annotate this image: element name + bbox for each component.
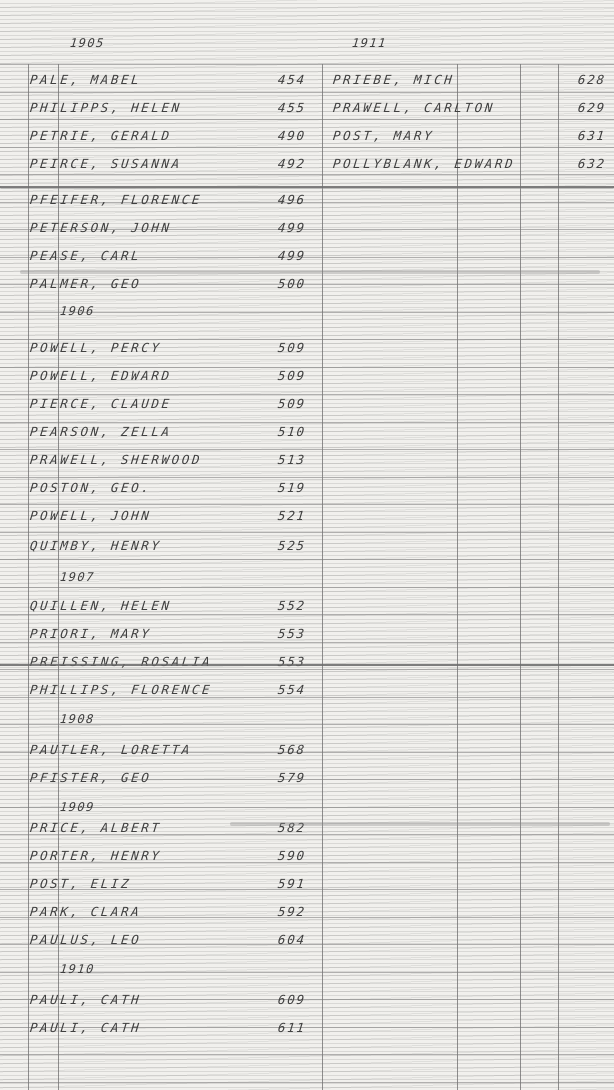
margin-rule bbox=[28, 64, 29, 1090]
entry-number: 553 bbox=[277, 654, 307, 669]
entry-name: PAULI, CATH bbox=[29, 992, 142, 1007]
entry-name: QUILLEN, HELEN bbox=[29, 598, 172, 613]
year-divider: 1907 bbox=[59, 570, 95, 584]
column-rule bbox=[558, 64, 559, 1090]
entry-number: 590 bbox=[277, 848, 307, 863]
entry-name: PRAWELL, CARLTON bbox=[332, 100, 496, 115]
entry-number: 554 bbox=[277, 682, 307, 697]
entry-number: 525 bbox=[277, 538, 307, 553]
entry-name: PRAWELL, SHERWOOD bbox=[29, 452, 203, 467]
ruled-line bbox=[0, 614, 614, 615]
entry-number: 631 bbox=[577, 128, 607, 143]
year-divider: 1908 bbox=[59, 712, 95, 726]
entry-name: PAULI, CATH bbox=[29, 1020, 142, 1035]
entry-number: 632 bbox=[577, 156, 607, 171]
entry-name: PREISSING, ROSALIA bbox=[29, 654, 213, 669]
entry-name: PHILLIPS, FLORENCE bbox=[29, 682, 213, 697]
column-rule bbox=[520, 64, 521, 1090]
entry-number: 499 bbox=[277, 248, 307, 263]
entry-name: PAUTLER, LORETTA bbox=[29, 742, 193, 757]
entry-number: 628 bbox=[577, 72, 607, 87]
entry-number: 521 bbox=[277, 508, 307, 523]
right-header-year: 1911 bbox=[351, 36, 387, 50]
entry-number: 592 bbox=[277, 904, 307, 919]
entry-name: PARK, CLARA bbox=[29, 904, 142, 919]
ruled-line bbox=[0, 1082, 614, 1083]
ruled-line bbox=[0, 504, 614, 505]
ruled-line bbox=[0, 394, 614, 395]
entry-name: PALMER, GEO bbox=[29, 276, 142, 291]
entry-name: PALE, MABEL bbox=[29, 72, 142, 87]
entry-name: POST, MARY bbox=[332, 128, 435, 143]
entry-number: 509 bbox=[277, 340, 307, 355]
ruled-line bbox=[0, 642, 614, 643]
entry-number: 454 bbox=[277, 72, 307, 87]
entry-name: PORTER, HENRY bbox=[29, 848, 162, 863]
entry-name: PEASE, CARL bbox=[29, 248, 142, 263]
entry-name: PAULUS, LEO bbox=[29, 932, 142, 947]
entry-name: PHILIPPS, HELEN bbox=[29, 100, 182, 115]
entry-name: PETRIE, GERALD bbox=[29, 128, 172, 143]
ruled-line bbox=[0, 587, 614, 588]
scan-artifact bbox=[0, 186, 614, 189]
ruled-line bbox=[0, 92, 614, 93]
entry-number: 552 bbox=[277, 598, 307, 613]
column-rule bbox=[322, 64, 323, 1090]
ruled-line bbox=[0, 449, 614, 450]
ruled-line bbox=[0, 119, 614, 120]
entry-number: 629 bbox=[577, 100, 607, 115]
entry-number: 604 bbox=[277, 932, 307, 947]
entry-number: 496 bbox=[277, 192, 307, 207]
entry-name: PFEIFER, FLORENCE bbox=[29, 192, 203, 207]
entry-name: PRIORI, MARY bbox=[29, 626, 152, 641]
column-rule bbox=[457, 64, 458, 1090]
entry-number: 499 bbox=[277, 220, 307, 235]
entry-name: PFISTER, GEO bbox=[29, 770, 152, 785]
scan-artifact bbox=[20, 270, 600, 274]
entry-number: 591 bbox=[277, 876, 307, 891]
ruled-line bbox=[0, 697, 614, 698]
entry-number: 492 bbox=[277, 156, 307, 171]
ruled-line bbox=[0, 174, 614, 175]
entry-name: POSTON, GEO. bbox=[29, 480, 152, 495]
entry-number: 509 bbox=[277, 368, 307, 383]
year-divider: 1909 bbox=[59, 800, 95, 814]
entry-number: 553 bbox=[277, 626, 307, 641]
entry-name: POLLYBLANK, EDWARD bbox=[332, 156, 516, 171]
entry-number: 609 bbox=[277, 992, 307, 1007]
entry-number: 500 bbox=[277, 276, 307, 291]
entry-name: POST, ELIZ bbox=[29, 876, 132, 891]
ruled-line bbox=[0, 559, 614, 560]
entry-name: PEIRCE, SUSANNA bbox=[29, 156, 182, 171]
entry-number: 568 bbox=[277, 742, 307, 757]
entry-name: PRICE, ALBERT bbox=[29, 820, 162, 835]
ruled-line bbox=[0, 64, 614, 65]
entry-number: 490 bbox=[277, 128, 307, 143]
ruled-line bbox=[0, 1054, 614, 1055]
ruled-line bbox=[0, 532, 614, 533]
scan-artifact bbox=[230, 822, 610, 826]
entry-name: POWELL, JOHN bbox=[29, 508, 152, 523]
entry-name: PEARSON, ZELLA bbox=[29, 424, 172, 439]
entry-name: PIERCE, CLAUDE bbox=[29, 396, 172, 411]
entry-name: QUIMBY, HENRY bbox=[29, 538, 162, 553]
year-divider: 1906 bbox=[59, 304, 95, 318]
entry-number: 455 bbox=[277, 100, 307, 115]
ruled-line bbox=[0, 669, 614, 670]
ruled-line bbox=[0, 422, 614, 423]
entry-number: 509 bbox=[277, 396, 307, 411]
year-divider: 1910 bbox=[59, 962, 95, 976]
scan-artifact bbox=[0, 664, 614, 666]
left-header-year: 1905 bbox=[69, 36, 105, 50]
entry-name: PETERSON, JOHN bbox=[29, 220, 172, 235]
ledger-page: 1905 1911 PALE, MABEL454PHILIPPS, HELEN4… bbox=[0, 0, 614, 1090]
entry-number: 579 bbox=[277, 770, 307, 785]
entry-number: 519 bbox=[277, 480, 307, 495]
entry-name: PRIEBE, MICH bbox=[332, 72, 455, 87]
entry-number: 611 bbox=[277, 1020, 307, 1035]
ruled-line bbox=[0, 147, 614, 148]
ruled-line bbox=[0, 477, 614, 478]
entry-number: 510 bbox=[277, 424, 307, 439]
entry-name: POWELL, PERCY bbox=[29, 340, 162, 355]
entry-name: POWELL, EDWARD bbox=[29, 368, 172, 383]
entry-number: 513 bbox=[277, 452, 307, 467]
